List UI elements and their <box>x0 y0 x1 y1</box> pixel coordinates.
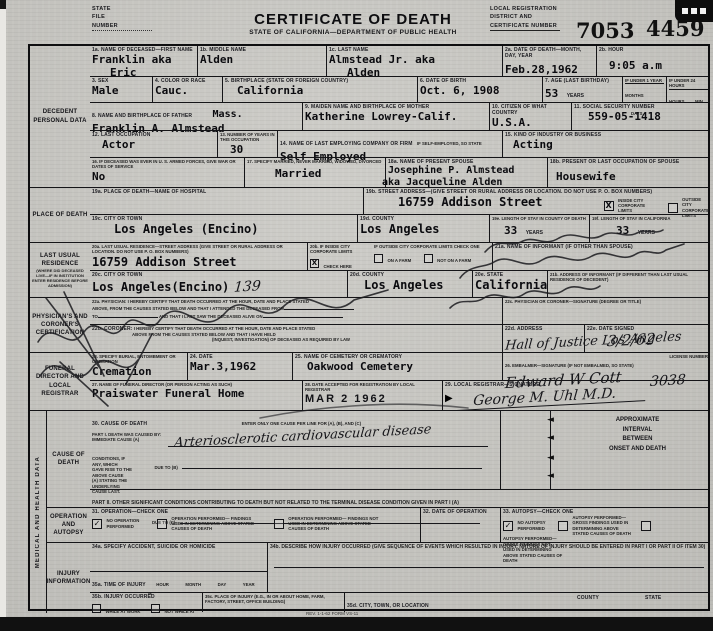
row-residence-city: 20c. CITY OR TOWN Los Angeles(Encino) 13… <box>90 270 708 298</box>
field-20b-city-limits: 20b. IF INSIDE CITY CORPORATE LIMITS X C… <box>307 243 492 271</box>
date-stamp: MAR 2 1962 <box>305 393 440 405</box>
operation-findings-used-checkbox <box>157 519 167 529</box>
row-disposition: 23. SPECIFY BURIAL, ENTOMBMENT OR CREMAT… <box>90 352 708 381</box>
certificate-form: DECEDENT PERSONAL DATA PLACE OF DEATH LA… <box>28 44 710 611</box>
row-parents: 8. NAME AND BIRTHPLACE OF FATHER Mass. F… <box>90 102 708 131</box>
interval-arrow-icon: ◄ <box>547 453 554 463</box>
sidebar-medical-health-data: MEDICAL AND HEALTH DATA <box>30 410 46 614</box>
row-sex-race-birth: 3. SEX Male 4. COLOR OR RACE Cauc. 5. BI… <box>90 76 708 103</box>
field-value: 33 <box>504 224 517 237</box>
field-19b-street-address: 19b. STREET ADDRESS—(GIVE STREET OR RURA… <box>363 188 710 215</box>
part1-label: PART I. DEATH WAS CAUSED BY: <box>92 432 161 437</box>
field-32-date-of-operation: 32. DATE OF OPERATION <box>420 508 500 543</box>
field-1a-first-name: 1a. NAME OF DECEASED—FIRST NAME Franklin… <box>90 46 197 76</box>
state-label: STATE <box>92 5 152 13</box>
interval-label: APPROXIMATE <box>616 417 660 423</box>
row-occupation: 12. LAST OCCUPATION Actor 13. NUMBER OF … <box>90 130 708 158</box>
field-label: 16. IF DECEASED WAS EVER IN U. S. ARMED … <box>92 159 242 170</box>
field-34a-accident-suicide-homicide: 34a. SPECIFY ACCIDENT, SUICIDE OR HOMICI… <box>90 543 267 571</box>
sidebar-label: CAUSE OF DEATH <box>49 451 88 467</box>
no-operation-checkbox: ✓ <box>92 519 102 529</box>
sidebar-physician-coroner-certification: PHYSICIAN'S AND CORONER'S CERTIFICATION <box>30 297 90 352</box>
field-35d-city-county-state: 35d. CITY, TOWN, OR LOCATION COUNTY STAT… <box>344 593 710 612</box>
handwritten-cause-a: Arteriosclerotic cardiovascular disease <box>174 423 432 450</box>
field-6-date-of-birth: 6. DATE OF BIRTH Oct. 6, 1908 <box>417 77 542 103</box>
not-on-a-farm-checkbox <box>424 254 433 263</box>
field-23-disposition: 23. SPECIFY BURIAL, ENTOMBMENT OR CREMAT… <box>90 353 187 381</box>
conditions-note: ANY, WHICH <box>92 462 118 467</box>
field-10-citizen: 10. CITIZEN OF WHAT COUNTRY U.S.A. <box>489 103 571 131</box>
sidebar-label: INJURY INFORMATION <box>46 570 90 586</box>
county-column-label: COUNTY <box>577 595 599 601</box>
on-a-farm-checkbox <box>374 254 383 263</box>
field-16-armed-forces: 16. IF DECEASED WAS EVER IN U. S. ARMED … <box>90 158 244 188</box>
field-5-birthplace: 5. BIRTHPLACE (STATE OR FOREIGN COUNTRY)… <box>222 77 417 103</box>
sidebar-decedent-personal-data: DECEDENT PERSONAL DATA <box>30 46 90 187</box>
sidebar-operation-and-autopsy: OPERATION AND AUTOPSY <box>46 507 90 542</box>
no-autopsy-checkbox: ✓ <box>503 521 513 531</box>
field-label: 19f. LENGTH OF STAY IN CALIFORNIA <box>592 216 708 221</box>
father-birthplace-value: Mass. <box>213 109 243 120</box>
grid-dots-icon <box>691 8 697 14</box>
field-value: 30 <box>230 144 275 156</box>
operation-findings-used-label: OPERATION PERFORMED— FINDINGS USED IN DE… <box>171 516 263 532</box>
field-label: 22d. ADDRESS <box>505 326 582 332</box>
field-value: Katherine Lowrey-Calif. <box>305 111 487 123</box>
inside-city-checkbox-group: X INSIDE CITY CORPORATE LIMITS <box>604 197 644 215</box>
certification-text: AND THAT I LAST SAW THE DECEASED ALIVE O… <box>159 314 263 319</box>
field-19e-stay-county: 19e. LENGTH OF STAY IN COUNTY OF DEATH 3… <box>489 215 589 243</box>
while-at-work-checkbox <box>92 604 101 613</box>
interval-label: DEATH <box>646 446 666 452</box>
registrar-signature: George M. Uhl M.D. <box>457 385 647 411</box>
field-11-ssn: 11. SOCIAL SECURITY NUMBER 559-05-1418 <box>571 103 710 131</box>
field-label: 2a. DATE OF DEATH—MONTH, DAY, YEAR <box>505 47 594 59</box>
age-unit-label: YEARS <box>567 93 584 99</box>
field-value: Actor <box>102 139 215 151</box>
local-registration-block: LOCAL REGISTRATION DISTRICT AND CERTIFIC… <box>490 5 560 31</box>
field-24-disposition-date: 24. DATE Mar.3,1962 <box>187 353 292 381</box>
sidebar-note: (WHERE DID DECEASED LIVE—IF IN INSTITUTI… <box>32 268 88 289</box>
certification-text: ABOVE, FROM THE CAUSES STATED BELOW AND … <box>92 306 284 311</box>
row-military-marital-spouse: 16. IF DECEASED WAS EVER IN U. S. ARMED … <box>90 157 708 188</box>
not-on-a-farm-label: NOT ON A FARM <box>437 258 471 263</box>
certification-text: I HEREBY CERTIFY THAT DEATH OCCURRED AT … <box>134 326 315 331</box>
interval-label: ONSET AND <box>609 446 644 452</box>
row-operation-autopsy: 31. OPERATION—CHECK ONE ✓ NO OPERATION P… <box>90 507 708 543</box>
field-label: 22b. CORONER: <box>92 326 133 332</box>
field-9-mother: 9. MAIDEN NAME AND BIRTHPLACE OF MOTHER … <box>302 103 489 131</box>
part2-label: PART II. OTHER SIGNIFICANT CONDITIONS CO… <box>92 500 459 506</box>
interval-label: INTERVAL <box>623 427 652 433</box>
field-19f-stay-california: 19f. LENGTH OF STAY IN CALIFORNIA 33 YEA… <box>589 215 710 243</box>
field-1b-middle-name: 1b. MIDDLE NAME Alden <box>197 46 326 76</box>
field-label: 28. DATE ACCEPTED FOR REGISTRATION BY LO… <box>305 382 440 393</box>
field-34b-how-injury-occurred: 34b. DESCRIBE HOW INJURY OCCURRED (GIVE … <box>267 543 710 593</box>
certificate-paper: STATE FILE NUMBER CERTIFICATE OF DEATH S… <box>6 0 713 617</box>
row-cause-of-death: 30. CAUSE OF DEATH ENTER ONLY ONE CAUSE … <box>90 410 708 508</box>
field-31-operation: 31. OPERATION—CHECK ONE ✓ NO OPERATION P… <box>90 508 420 543</box>
field-label: IF UNDER 24 HOURS <box>669 78 708 90</box>
hour-column-label: HOUR <box>156 582 169 587</box>
field-label: 21b. ADDRESS OF INFORMANT (IF DIFFERENT … <box>550 272 708 283</box>
no-operation-label: NO OPERATION PERFORMED <box>106 518 144 529</box>
field-value: Alden <box>200 54 324 66</box>
field-value: Josephine P. Almstead <box>388 166 545 177</box>
field-label: 18b. PRESENT OR LAST OCCUPATION OF SPOUS… <box>550 159 708 165</box>
inside-limits-group: 20b. IF INSIDE CITY CORPORATE LIMITS X C… <box>310 244 370 273</box>
field-35c-place-of-injury: 35c. PLACE OF INJURY (E.G., IN OR ABOUT … <box>202 593 344 612</box>
field-value: 53 <box>545 87 558 100</box>
row-place-of-death-address: 19a. PLACE OF DEATH—NAME OF HOSPITAL 19b… <box>90 187 708 215</box>
field-label: IF OUTSIDE CITY CORPORATE LIMITS CHECK O… <box>374 244 489 249</box>
field-value: Los Angeles <box>364 279 470 292</box>
conditions-note: GAVE RISE TO THE <box>92 467 132 472</box>
field-19c-city: 19c. CITY OR TOWN Los Angeles (Encino) <box>90 215 357 243</box>
field-value: 33 <box>616 224 629 237</box>
form-revision-note: REV. 1-1-62 FORM VS-11 <box>306 611 358 616</box>
field-label: 31. OPERATION—CHECK ONE <box>92 509 418 515</box>
row-place-of-death-city: 19c. CITY OR TOWN Los Angeles (Encino) 1… <box>90 214 708 243</box>
field-value: Praiswater Funeral Home <box>92 388 300 400</box>
field-26-embalmer: 26. EMBALMER—SIGNATURE (IF NOT EMBALMED,… <box>502 353 710 381</box>
while-at-work-label: WHILE AT WORK <box>105 609 140 614</box>
operation-findings-not-used-checkbox <box>274 519 284 529</box>
operation-findings-not-used-label: OPERATION PERFORMED— FINDINGS NOT USED I… <box>288 516 380 532</box>
autopsy-findings-used-label: AUTOPSY PERFORMED— GROSS FINDINGS USED I… <box>572 515 632 536</box>
field-value: California <box>237 85 415 97</box>
row-coroner-certification: 22b. CORONER: I HEREBY CERTIFY THAT DEAT… <box>90 324 708 353</box>
row-funeral-director-registrar: 27. NAME OF FUNERAL DIRECTOR (OR PERSON … <box>90 380 708 411</box>
field-value: 9:05 a.m <box>609 60 708 72</box>
field-17-marital-status: 17. SPECIFY MARRIED, NEVER MARRIED, WIDO… <box>244 158 385 188</box>
field-7-under-24-hours: IF UNDER 24 HOURS HOURS MIN. <box>666 77 710 103</box>
field-value: Los Angeles(Encino) <box>92 280 229 294</box>
field-21a-informant-name: 21a. NAME OF INFORMANT (IF OTHER THAN SP… <box>492 243 710 271</box>
license-number-label: LICENSE NUMBER <box>669 354 708 359</box>
field-label: 10. CITIZEN OF WHAT COUNTRY <box>492 104 569 116</box>
district-number: 7053 <box>576 18 634 43</box>
grid-dots-icon <box>682 8 688 14</box>
sidebar-label: PHYSICIAN'S AND CORONER'S CERTIFICATION <box>32 313 88 337</box>
sidebar-label: DECEDENT PERSONAL DATA <box>32 108 88 124</box>
field-label: 20c. CITY OR TOWN <box>92 272 345 278</box>
field-value: No <box>92 171 242 183</box>
field-22e-date-signed: 22e. DATE SIGNED 3/2/62 <box>584 325 710 353</box>
field-label: IF UNDER 1 YEAR <box>625 78 664 84</box>
field-13-years-in-occupation: 13. NUMBER OF YEARS IN THIS OCCUPATION 3… <box>217 131 277 158</box>
no-autopsy-label: NO AUTOPSY PERFORMED <box>517 520 549 531</box>
field-18a-spouse-name: 18a. NAME OF PRESENT SPOUSE Josephine P.… <box>385 158 547 188</box>
field-2a-date-of-death: 2a. DATE OF DEATH—MONTH, DAY, YEAR Feb.2… <box>502 46 596 76</box>
field-label: 26. EMBALMER—SIGNATURE (IF NOT EMBALMED,… <box>505 363 634 368</box>
due-to-b-label: DUE TO (B) <box>154 465 177 470</box>
field-label: 2b. HOUR <box>599 47 708 53</box>
row-injury-description: 34a. SPECIFY ACCIDENT, SUICIDE OR HOMICI… <box>90 542 708 593</box>
field-label: 30. CAUSE OF DEATH <box>92 421 147 427</box>
sidebar-cause-of-death: CAUSE OF DEATH <box>46 410 90 507</box>
field-label: 19e. LENGTH OF STAY IN COUNTY OF DEATH <box>492 216 587 221</box>
field-15-industry: 15. KIND OF INDUSTRY OR BUSINESS Acting <box>502 131 710 158</box>
sidebar-label: LAST USUAL RESIDENCE <box>32 252 88 268</box>
inside-city-checkbox: X <box>604 201 614 211</box>
field-20a-residence-street: 20a. LAST USUAL RESIDENCE—STREET ADDRESS… <box>90 243 307 271</box>
certificate-number-label: CERTIFICATE NUMBER <box>490 22 560 31</box>
check-here-label: CHECK HERE <box>323 264 351 269</box>
field-7-under-1-year: IF UNDER 1 YEAR MONTHS DAYS <box>622 77 666 103</box>
field-label: 35a. TIME OF INJURY <box>92 582 146 588</box>
field-label: 20b. IF INSIDE CITY CORPORATE LIMITS <box>310 244 370 255</box>
field-4-color-or-race: 4. COLOR OR RACE Cauc. <box>152 77 222 103</box>
sidebar-label: PLACE OF DEATH <box>32 211 87 219</box>
field-value: 16759 Addison Street <box>398 196 708 209</box>
field-35a-time-of-injury: 35a. TIME OF INJURY HOUR MONTH DAY YEAR … <box>90 571 267 593</box>
field-value: Feb.28,1962 <box>505 64 594 76</box>
conditions-note: ABOVE CAUSE <box>92 473 124 478</box>
field-20e-residence-state: 20e. STATE California <box>472 271 547 298</box>
autopsy-findings-used-checkbox <box>558 521 568 531</box>
field-value: Cremation <box>92 366 185 378</box>
row-name-and-death-date: 1a. NAME OF DECEASED—FIRST NAME Franklin… <box>90 46 708 76</box>
row-residence-street: 20a. LAST USUAL RESIDENCE—STREET ADDRESS… <box>90 242 708 271</box>
field-value: Cauc. <box>155 85 220 97</box>
field-value: California <box>475 279 545 292</box>
sidebar-funeral-director-registrar: FUNERAL DIRECTOR AND LOCAL REGISTRAR <box>30 352 90 410</box>
field-value: Acting <box>513 139 708 151</box>
field-value: Married <box>275 168 383 180</box>
handwritten-date-signed: 3/2/62 <box>606 332 656 350</box>
interval-arrow-icon: ◄ <box>547 471 554 481</box>
field-22b-coroner-certification: 22b. CORONER: I HEREBY CERTIFY THAT DEAT… <box>90 325 502 353</box>
field-label: 34b. DESCRIBE HOW INJURY OCCURRED (GIVE … <box>270 544 708 550</box>
field-label: 13. NUMBER OF YEARS IN THIS OCCUPATION <box>220 132 275 143</box>
state-column-label: STATE <box>645 595 661 601</box>
residence-inside-city-checkbox: X <box>310 259 319 268</box>
interval-arrow-icon: ◄ <box>547 415 554 425</box>
field-label: 14. NAME OF LAST EMPLOYING COMPANY OR FI… <box>280 141 413 147</box>
field-value: Mar.3,1962 <box>190 361 290 373</box>
field-28-registration-date: 28. DATE ACCEPTED FOR REGISTRATION BY LO… <box>302 381 442 411</box>
interval-label: BETWEEN <box>623 436 653 442</box>
field-note: IF SELF-EMPLOYED, SO STATE <box>417 141 482 146</box>
grid-dots-icon <box>700 8 706 14</box>
field-value: Housewife <box>556 171 708 183</box>
handwritten-139: 139 <box>233 279 261 294</box>
field-value: Franklin aka <box>92 54 195 66</box>
field-3-sex: 3. SEX Male <box>90 77 152 103</box>
field-value: Oct. 6, 1908 <box>420 85 540 97</box>
field-8-father: 8. NAME AND BIRTHPLACE OF FATHER Mass. F… <box>90 103 302 131</box>
field-35b-injury-occurred: 35b. INJURY OCCURRED WHILE AT WORK NOT W… <box>90 593 202 612</box>
field-value: 16759 Addison Street <box>92 256 305 269</box>
local-registration-label: LOCAL REGISTRATION <box>490 5 560 13</box>
number-label: NUMBER <box>92 22 152 31</box>
sidebar-last-usual-residence: LAST USUAL RESIDENCE (WHERE DID DECEASED… <box>30 242 90 297</box>
row-physician-certification: 22a. PHYSICIAN: I HEREBY CERTIFY THAT DE… <box>90 297 708 325</box>
interval-value-column <box>500 411 550 489</box>
field-label: 8. NAME AND BIRTHPLACE OF FATHER <box>92 113 192 119</box>
outside-city-checkbox <box>668 203 678 213</box>
field-value: Oakwood Cemetery <box>307 361 500 373</box>
field-22c-physician-coroner-signature: 22c. PHYSICIAN OR CORONER—SIGNATURE (DEG… <box>502 298 710 325</box>
interval-arrow-icon: ◄ <box>547 433 554 443</box>
field-value: Los Angeles (Encino) <box>114 223 355 236</box>
outside-limits-group: IF OUTSIDE CITY CORPORATE LIMITS CHECK O… <box>374 244 489 267</box>
field-label: 35c. PLACE OF INJURY (E.G., IN OR ABOUT … <box>205 594 342 605</box>
field-7-age: 7. AGE (LAST BIRTHDAY) 53 YEARS <box>542 77 622 103</box>
certification-text: (INQUEST, INVESTIGATION) OF DECEASED AS … <box>212 337 500 342</box>
field-25-crematory: 25. NAME OF CEMETERY OR CREMATORY Oakwoo… <box>292 353 502 381</box>
sidebar-label: FUNERAL DIRECTOR AND LOCAL REGISTRAR <box>32 365 88 397</box>
field-29-local-registrar: 29. LOCAL REGISTRAR—SIGNATURE ▶ George M… <box>442 381 710 411</box>
sidebar-injury-information: INJURY INFORMATION <box>46 542 90 613</box>
sidebar-label: OPERATION AND AUTOPSY <box>49 513 88 537</box>
field-20c-residence-city: 20c. CITY OR TOWN Los Angeles(Encino) 13… <box>90 271 347 298</box>
conditions-note: CONDITIONS, IF <box>92 456 125 461</box>
field-label: 19a. PLACE OF DEATH—NAME OF HOSPITAL <box>92 189 361 195</box>
conditions-note: (A) STATING THE <box>92 478 127 483</box>
field-21b-informant-address: 21b. ADDRESS OF INFORMANT (IF DIFFERENT … <box>547 271 710 298</box>
field-14-employer: 14. NAME OF LAST EMPLOYING COMPANY OR FI… <box>277 131 502 158</box>
field-label: 23. SPECIFY BURIAL, ENTOMBMENT OR CREMAT… <box>92 354 185 365</box>
field-27-funeral-director: 27. NAME OF FUNERAL DIRECTOR (OR PERSON … <box>90 381 302 411</box>
field-value: 559-05-1418 <box>588 111 708 123</box>
field-19a-hospital: 19a. PLACE OF DEATH—NAME OF HOSPITAL <box>90 188 363 215</box>
field-22d-address: 22d. ADDRESS Hall of Justice Los Angeles <box>502 325 584 353</box>
autopsy-findings-not-used-checkbox <box>641 521 651 531</box>
part2-other-conditions: PART II. OTHER SIGNIFICANT CONDITIONS CO… <box>90 489 708 508</box>
certificate-title: CERTIFICATE OF DEATH <box>203 11 503 28</box>
field-20d-residence-county: 20d. COUNTY Los Angeles <box>347 271 472 298</box>
day-column-label: DAY <box>218 582 227 587</box>
scan-bottom-bar <box>0 617 713 631</box>
field-label: 20a. LAST USUAL RESIDENCE—STREET ADDRESS… <box>92 244 305 255</box>
viewer-menu-button[interactable] <box>675 0 713 22</box>
field-label: 34a. SPECIFY ACCIDENT, SUICIDE OR HOMICI… <box>92 544 265 550</box>
row-injury-location: 35b. INJURY OCCURRED WHILE AT WORK NOT W… <box>90 592 708 612</box>
field-12-last-occupation: 12. LAST OCCUPATION Actor <box>90 131 217 158</box>
field-label: 7. AGE (LAST BIRTHDAY) <box>545 78 620 84</box>
field-22a-physician-certification: 22a. PHYSICIAN: I HEREBY CERTIFY THAT DE… <box>90 298 502 325</box>
field-label: 32. DATE OF OPERATION <box>423 509 498 515</box>
field-label: 35b. INJURY OCCURRED <box>92 594 200 600</box>
certificate-subtitle: STATE OF CALIFORNIA—DEPARTMENT OF PUBLIC… <box>178 29 528 36</box>
field-value: Almstead Jr. aka <box>329 54 500 66</box>
unit-label: YEARS <box>638 230 655 236</box>
state-file-number-block: STATE FILE NUMBER <box>92 5 152 31</box>
district-and-label: DISTRICT AND <box>490 13 560 21</box>
year-column-label: YEAR <box>243 582 255 587</box>
field-2b-hour: 2b. HOUR 9:05 a.m <box>596 46 710 76</box>
scanned-death-certificate: { "header": { "state": "STATE", "file": … <box>0 0 713 631</box>
month-column-label: MONTH <box>185 582 201 587</box>
field-33-autopsy: 33. AUTOPSY—CHECK ONE ✓ NO AUTOPSY PERFO… <box>500 508 710 543</box>
not-while-at-work-checkbox <box>151 604 160 613</box>
field-label: 21a. NAME OF INFORMANT (IF OTHER THAN SP… <box>495 244 708 250</box>
field-18b-spouse-occupation: 18b. PRESENT OR LAST OCCUPATION OF SPOUS… <box>547 158 710 188</box>
field-label: 17. SPECIFY MARRIED, NEVER MARRIED, WIDO… <box>247 159 383 164</box>
unit-label: YEARS <box>526 230 543 236</box>
sidebar-place-of-death: PLACE OF DEATH <box>30 187 90 242</box>
field-value: U.S.A. <box>492 117 569 129</box>
subcol-label: MONTHS <box>625 93 644 98</box>
enter-one-cause-note: ENTER ONLY ONE CAUSE PER LINE FOR (A), (… <box>242 421 361 426</box>
field-1c-last-name: 1c. LAST NAME Almstead Jr. aka Alden <box>326 46 502 76</box>
immediate-cause-label: IMMEDIATE CAUSE (A) <box>92 437 139 442</box>
sidebar-label: MEDICAL AND HEALTH DATA <box>35 456 41 568</box>
interval-label-column: ◄ ◄ ◄ ◄ APPROXIMATE INTERVAL BETWEEN ONS… <box>550 411 710 489</box>
registrar-arrow-icon: ▶ <box>445 393 453 404</box>
certificate-header: STATE FILE NUMBER CERTIFICATE OF DEATH S… <box>28 2 710 44</box>
field-label: 22c. PHYSICIAN OR CORONER—SIGNATURE (DEG… <box>505 299 708 304</box>
file-label: FILE <box>92 13 152 21</box>
on-a-farm-label: ON A FARM <box>387 258 411 263</box>
field-label: 35d. CITY, TOWN, OR LOCATION <box>347 603 429 609</box>
field-value: Male <box>92 85 150 97</box>
field-value: Los Angeles <box>360 223 487 236</box>
inside-city-label: INSIDE CITY CORPORATE LIMITS <box>618 198 644 214</box>
field-19d-county: 19d. COUNTY Los Angeles <box>357 215 489 243</box>
